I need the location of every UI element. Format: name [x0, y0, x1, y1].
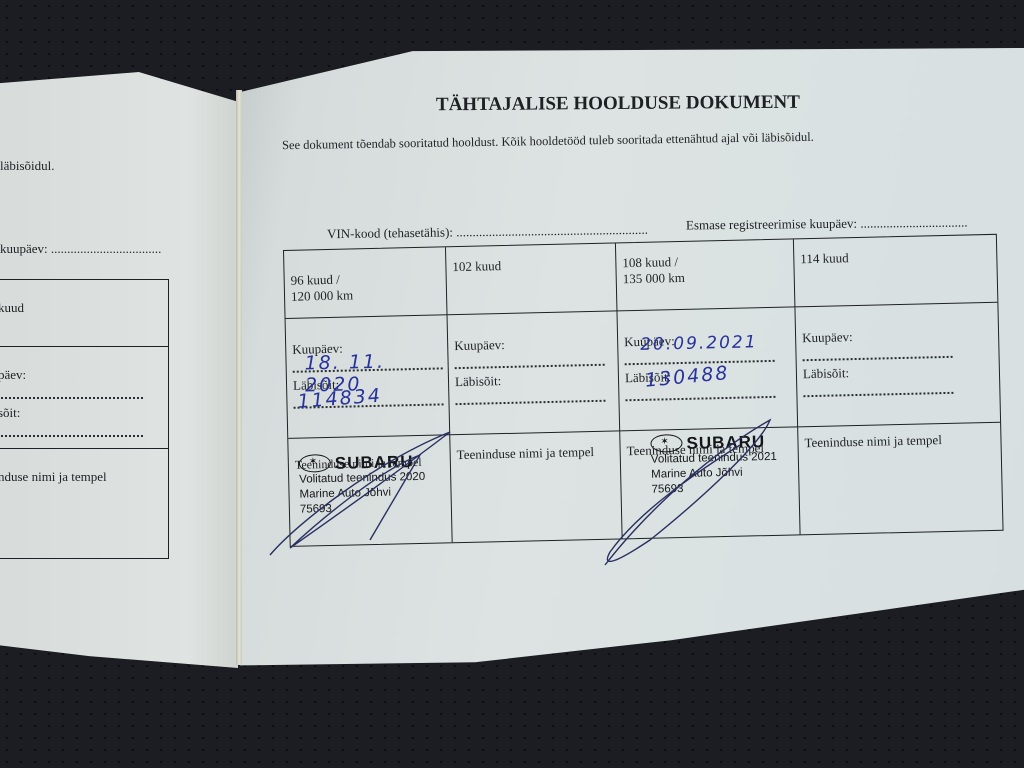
signature-2 — [605, 420, 770, 565]
signature-1 — [270, 432, 450, 555]
signatures — [0, 0, 1024, 768]
